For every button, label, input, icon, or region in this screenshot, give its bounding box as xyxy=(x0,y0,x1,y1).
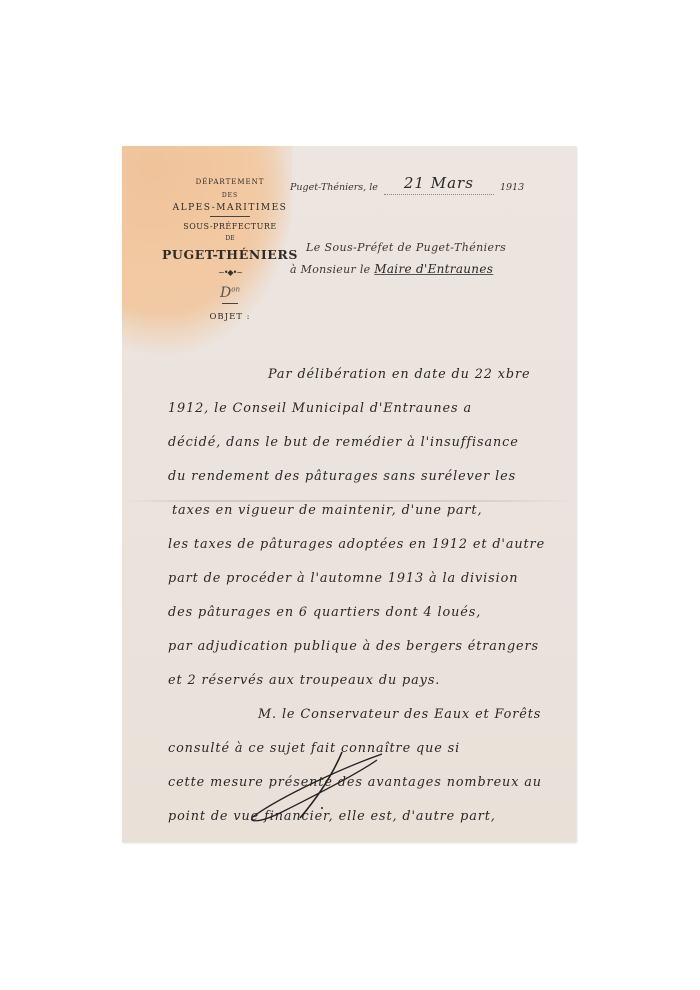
letter-page: DÉPARTEMENT DES ALPES-MARITIMES SOUS-PRÉ… xyxy=(122,146,576,842)
body-line: du rendement des pâturages sans suréleve… xyxy=(168,466,568,500)
body-line: et 2 réservés aux troupeaux du pays. xyxy=(168,670,568,704)
sub-prefecture-label: SOUS-PRÉFECTURE xyxy=(160,222,300,231)
body-line: des pâturages en 6 quartiers dont 4 loué… xyxy=(168,602,568,636)
recipient-prefix: à Monsieur le xyxy=(290,263,370,276)
body-line: M. le Conservateur des Eaux et Forêts xyxy=(168,704,568,738)
recipient-line: à Monsieur le Maire d'Entraunes xyxy=(290,262,506,276)
body-line: part de procéder à l'automne 1913 à la d… xyxy=(168,568,568,602)
region-name: ALPES-MARITIMES xyxy=(160,203,300,213)
handwritten-date: 21 Mars xyxy=(404,174,474,192)
ornament-divider: ~•◆•~ xyxy=(160,268,300,277)
date-blank: 21 Mars xyxy=(384,176,494,195)
body-line: Par délibération en date du 22 xbre xyxy=(168,364,568,398)
department-label: DÉPARTEMENT xyxy=(160,178,300,186)
objet-label: OBJET : xyxy=(160,312,300,322)
de-label: DE xyxy=(160,235,300,242)
division-suffix: on xyxy=(231,285,240,293)
signature-paraphe-icon xyxy=(242,746,392,826)
body-line: par adjudication publique à des bergers … xyxy=(168,636,568,670)
des-label: DES xyxy=(160,192,300,199)
body-line: décidé, dans le but de remédier à l'insu… xyxy=(168,432,568,466)
short-divider xyxy=(222,303,238,304)
body-line: taxes en vigueur de maintenir, d'une par… xyxy=(168,500,568,534)
place-date-line: Puget-Théniers, le 21 Mars 1913 xyxy=(290,176,524,195)
year: 1913 xyxy=(500,182,524,193)
recipient-name: Maire d'Entraunes xyxy=(374,262,493,276)
body-line: 1912, le Conseil Municipal d'Entraunes a xyxy=(168,398,568,432)
division-mark: Don xyxy=(160,285,300,301)
city-name: PUGET-THÉNIERS xyxy=(160,247,300,262)
letterhead: DÉPARTEMENT DES ALPES-MARITIMES SOUS-PRÉ… xyxy=(160,178,300,322)
division-prefix: D xyxy=(220,285,231,301)
body-line: les taxes de pâturages adoptées en 1912 … xyxy=(168,534,568,568)
divider xyxy=(210,216,250,217)
place-printed: Puget-Théniers, le xyxy=(290,182,378,193)
sender-line: Le Sous-Préfet de Puget-Théniers xyxy=(306,241,506,254)
address-block: Le Sous-Préfet de Puget-Théniers à Monsi… xyxy=(290,241,506,276)
